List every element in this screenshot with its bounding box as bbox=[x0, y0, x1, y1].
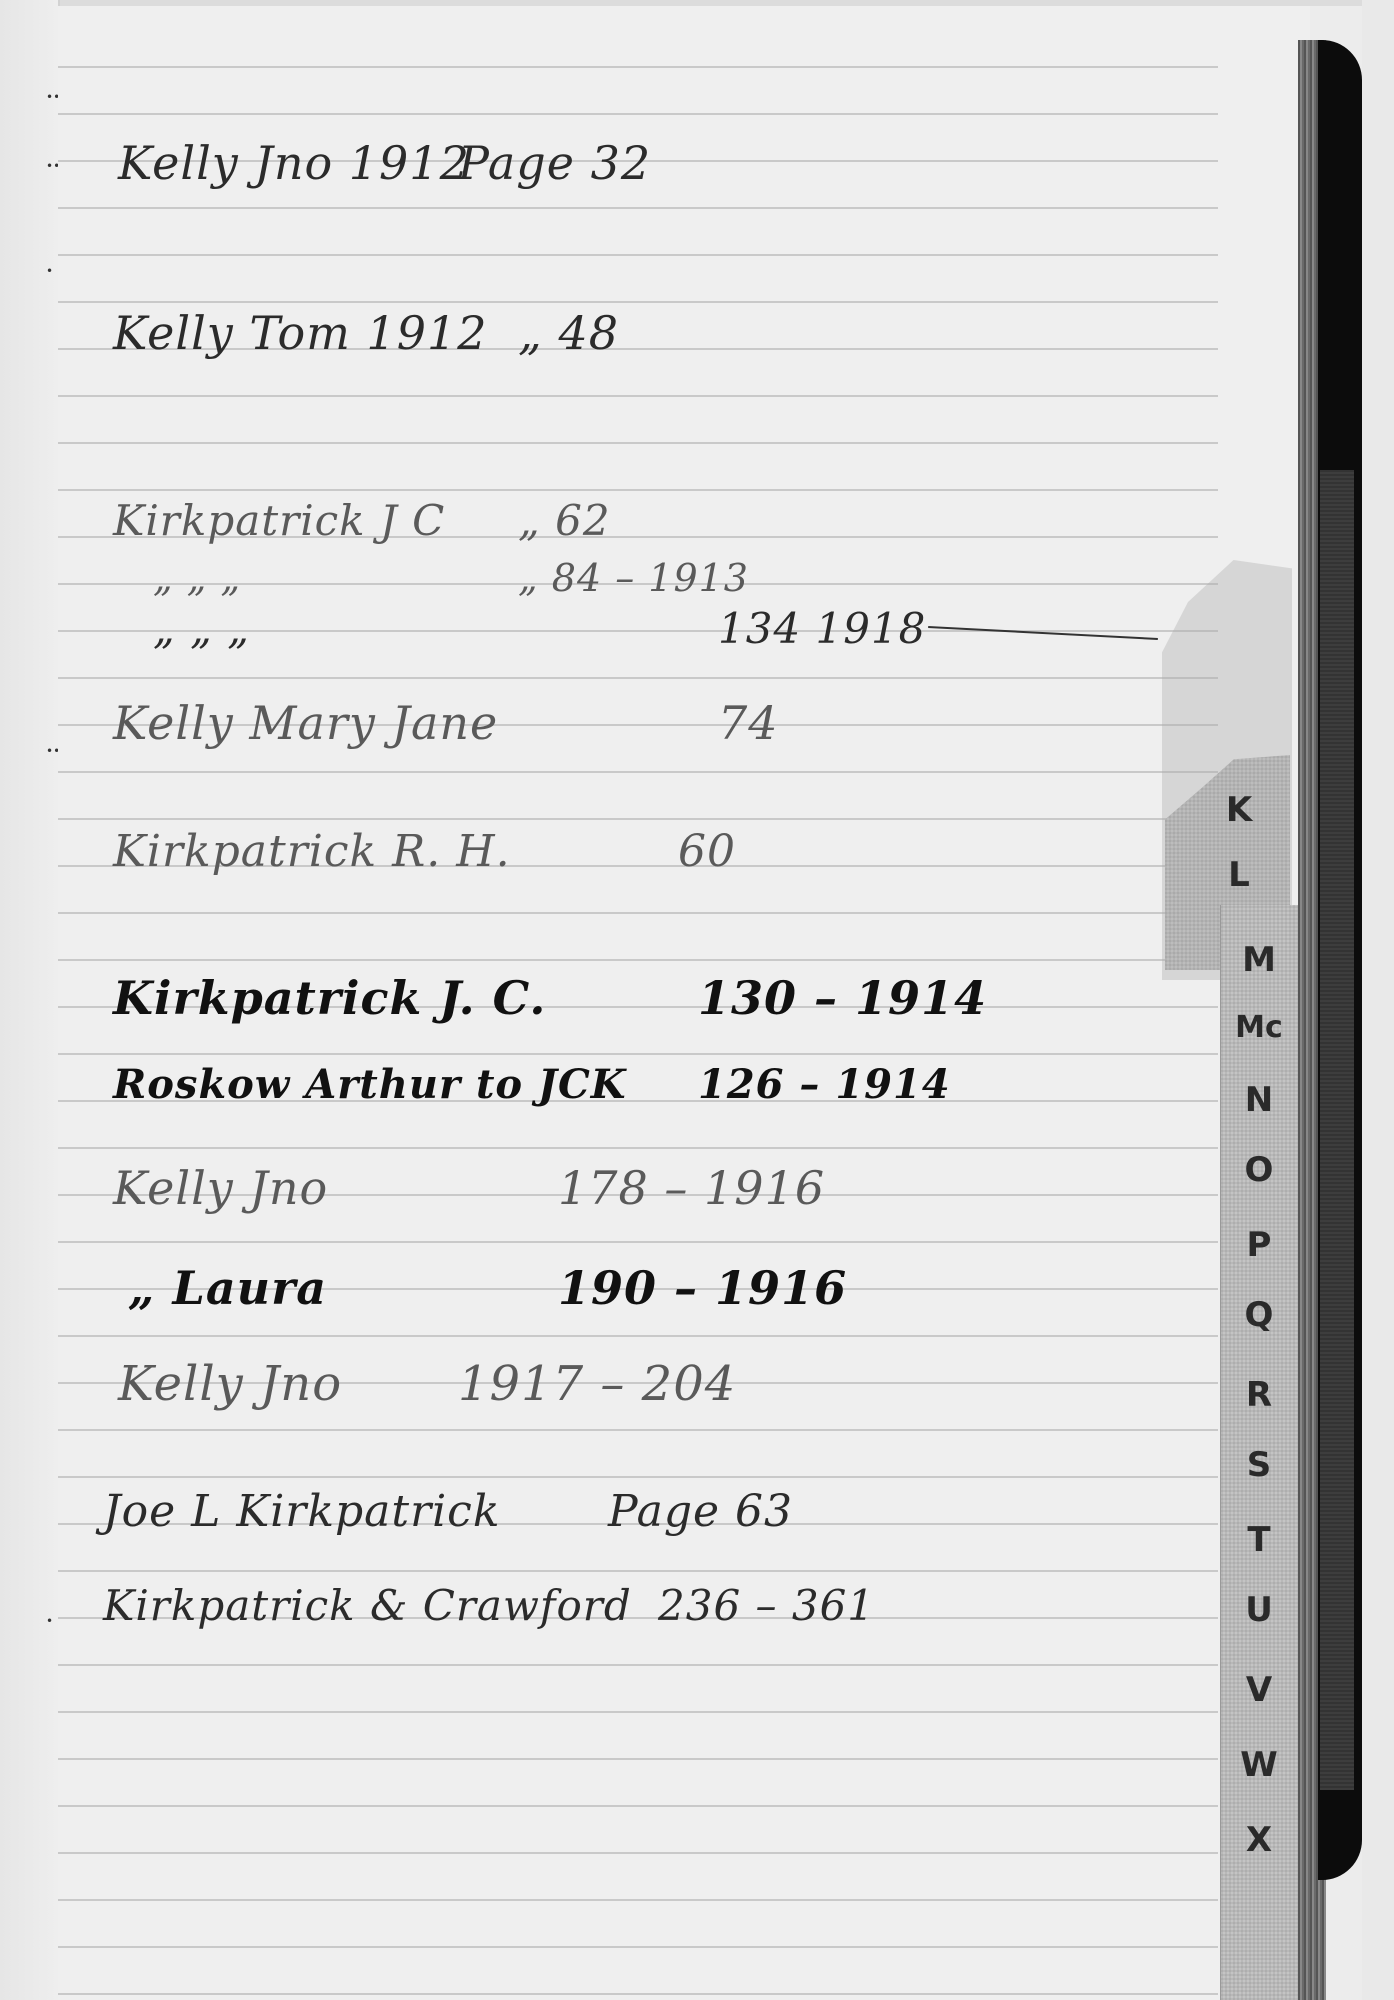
ruled-line bbox=[58, 489, 1218, 491]
entry-ref: „ 62 bbox=[518, 496, 611, 545]
ruled-line bbox=[58, 1335, 1218, 1337]
index-tab-letter-s[interactable]: S bbox=[1220, 1445, 1298, 1485]
index-tab-letter-w[interactable]: W bbox=[1220, 1745, 1298, 1785]
ledger-page: Kelly Jno 1912 Page 32 Kelly Tom 1912 „ … bbox=[58, 6, 1310, 2000]
stitch-mark: •• bbox=[46, 163, 56, 169]
ruled-line bbox=[58, 66, 1218, 68]
ruled-line bbox=[58, 1993, 1218, 1995]
entry-name: „ Laura bbox=[128, 1261, 327, 1315]
ruled-line bbox=[58, 677, 1218, 679]
entry-name: Kelly Jno bbox=[113, 1161, 328, 1215]
entry-name: Kirkpatrick R. H. bbox=[113, 826, 511, 877]
ruled-line bbox=[58, 1429, 1218, 1431]
index-tab-letter-o[interactable]: O bbox=[1220, 1150, 1298, 1190]
ruled-line bbox=[58, 207, 1218, 209]
entry-ref: 236 – 361 bbox=[658, 1581, 875, 1630]
entry-ref: 178 – 1916 bbox=[558, 1161, 825, 1215]
index-tab-letter-k[interactable]: K bbox=[1200, 790, 1278, 830]
entry-ref: 190 – 1916 bbox=[558, 1261, 847, 1315]
index-tab-letter-l[interactable]: L bbox=[1200, 855, 1278, 895]
ruled-line bbox=[58, 818, 1218, 820]
ruled-line bbox=[58, 1946, 1218, 1948]
ruled-line bbox=[58, 442, 1218, 444]
ruled-line bbox=[58, 395, 1218, 397]
index-tab-letter-x[interactable]: X bbox=[1220, 1820, 1298, 1860]
entry-ref: 130 – 1914 bbox=[698, 971, 987, 1025]
entry-ref: Page 63 bbox=[608, 1486, 793, 1537]
ruled-line bbox=[58, 1711, 1218, 1713]
ruled-line bbox=[58, 254, 1218, 256]
entry-ref: 126 – 1914 bbox=[698, 1061, 951, 1108]
index-tab-letter-n[interactable]: N bbox=[1220, 1080, 1298, 1120]
ruled-line bbox=[58, 912, 1218, 914]
cover-cloth bbox=[1320, 470, 1354, 1790]
entry-ref: 74 bbox=[718, 696, 779, 750]
entry-ref: 60 bbox=[678, 826, 736, 877]
index-tab-letter-p[interactable]: P bbox=[1220, 1225, 1298, 1265]
index-tab-letter-mc[interactable]: Mc bbox=[1220, 1010, 1298, 1045]
index-tab-letter-r[interactable]: R bbox=[1220, 1375, 1298, 1415]
connector-line bbox=[928, 626, 1158, 640]
entry-name: Kirkpatrick J C bbox=[113, 496, 445, 545]
stitch-mark: •• bbox=[46, 94, 56, 100]
entry-ref: „ 48 bbox=[518, 306, 619, 360]
ruled-line bbox=[58, 1664, 1218, 1666]
entry-ref: Page 32 bbox=[458, 136, 651, 190]
binding-gutter: •• •• • •• • bbox=[0, 0, 60, 2000]
stitch-mark: • bbox=[46, 268, 56, 274]
index-tab-letter-q[interactable]: Q bbox=[1220, 1295, 1298, 1335]
entry-ref: „ 84 – 1913 bbox=[518, 556, 749, 600]
stitch-mark: • bbox=[46, 1618, 56, 1624]
entry-name: „ „ „ bbox=[153, 556, 241, 600]
entry-name: Kelly Jno 1912 bbox=[118, 136, 470, 190]
index-tab-letter-u[interactable]: U bbox=[1220, 1590, 1298, 1630]
ruled-line bbox=[58, 959, 1218, 961]
index-tab-letter-v[interactable]: V bbox=[1220, 1670, 1298, 1710]
ruled-line bbox=[58, 1570, 1218, 1572]
ruled-line bbox=[58, 771, 1218, 773]
stitch-mark: •• bbox=[46, 748, 56, 754]
entry-name: „ „ „ bbox=[153, 604, 250, 653]
entry-name: Kelly Jno bbox=[118, 1356, 342, 1412]
entry-name: Kelly Tom 1912 bbox=[113, 306, 488, 360]
index-tab-letter-m[interactable]: M bbox=[1220, 940, 1298, 980]
ruled-line bbox=[58, 1899, 1218, 1901]
entry-name: Joe L Kirkpatrick bbox=[103, 1486, 501, 1537]
entry-ref: 1917 – 204 bbox=[458, 1356, 736, 1412]
ruled-line bbox=[58, 1805, 1218, 1807]
ruled-line bbox=[58, 113, 1218, 115]
background bbox=[1362, 0, 1394, 2000]
ruled-line bbox=[58, 301, 1218, 303]
ruled-line bbox=[58, 1758, 1218, 1760]
entry-ref: 134 1918 bbox=[718, 604, 926, 653]
entry-name: Kirkpatrick & Crawford bbox=[103, 1581, 632, 1630]
entry-name: Kelly Mary Jane bbox=[113, 696, 498, 750]
ruled-line bbox=[58, 1147, 1218, 1149]
index-tab-letter-t[interactable]: T bbox=[1220, 1520, 1298, 1560]
ruled-line bbox=[58, 1241, 1218, 1243]
entry-name: Kirkpatrick J. C. bbox=[113, 971, 546, 1025]
ruled-line bbox=[58, 1476, 1218, 1478]
ruled-line bbox=[58, 1053, 1218, 1055]
ruled-line bbox=[58, 1852, 1218, 1854]
entry-name: Roskow Arthur to JCK bbox=[113, 1061, 627, 1108]
